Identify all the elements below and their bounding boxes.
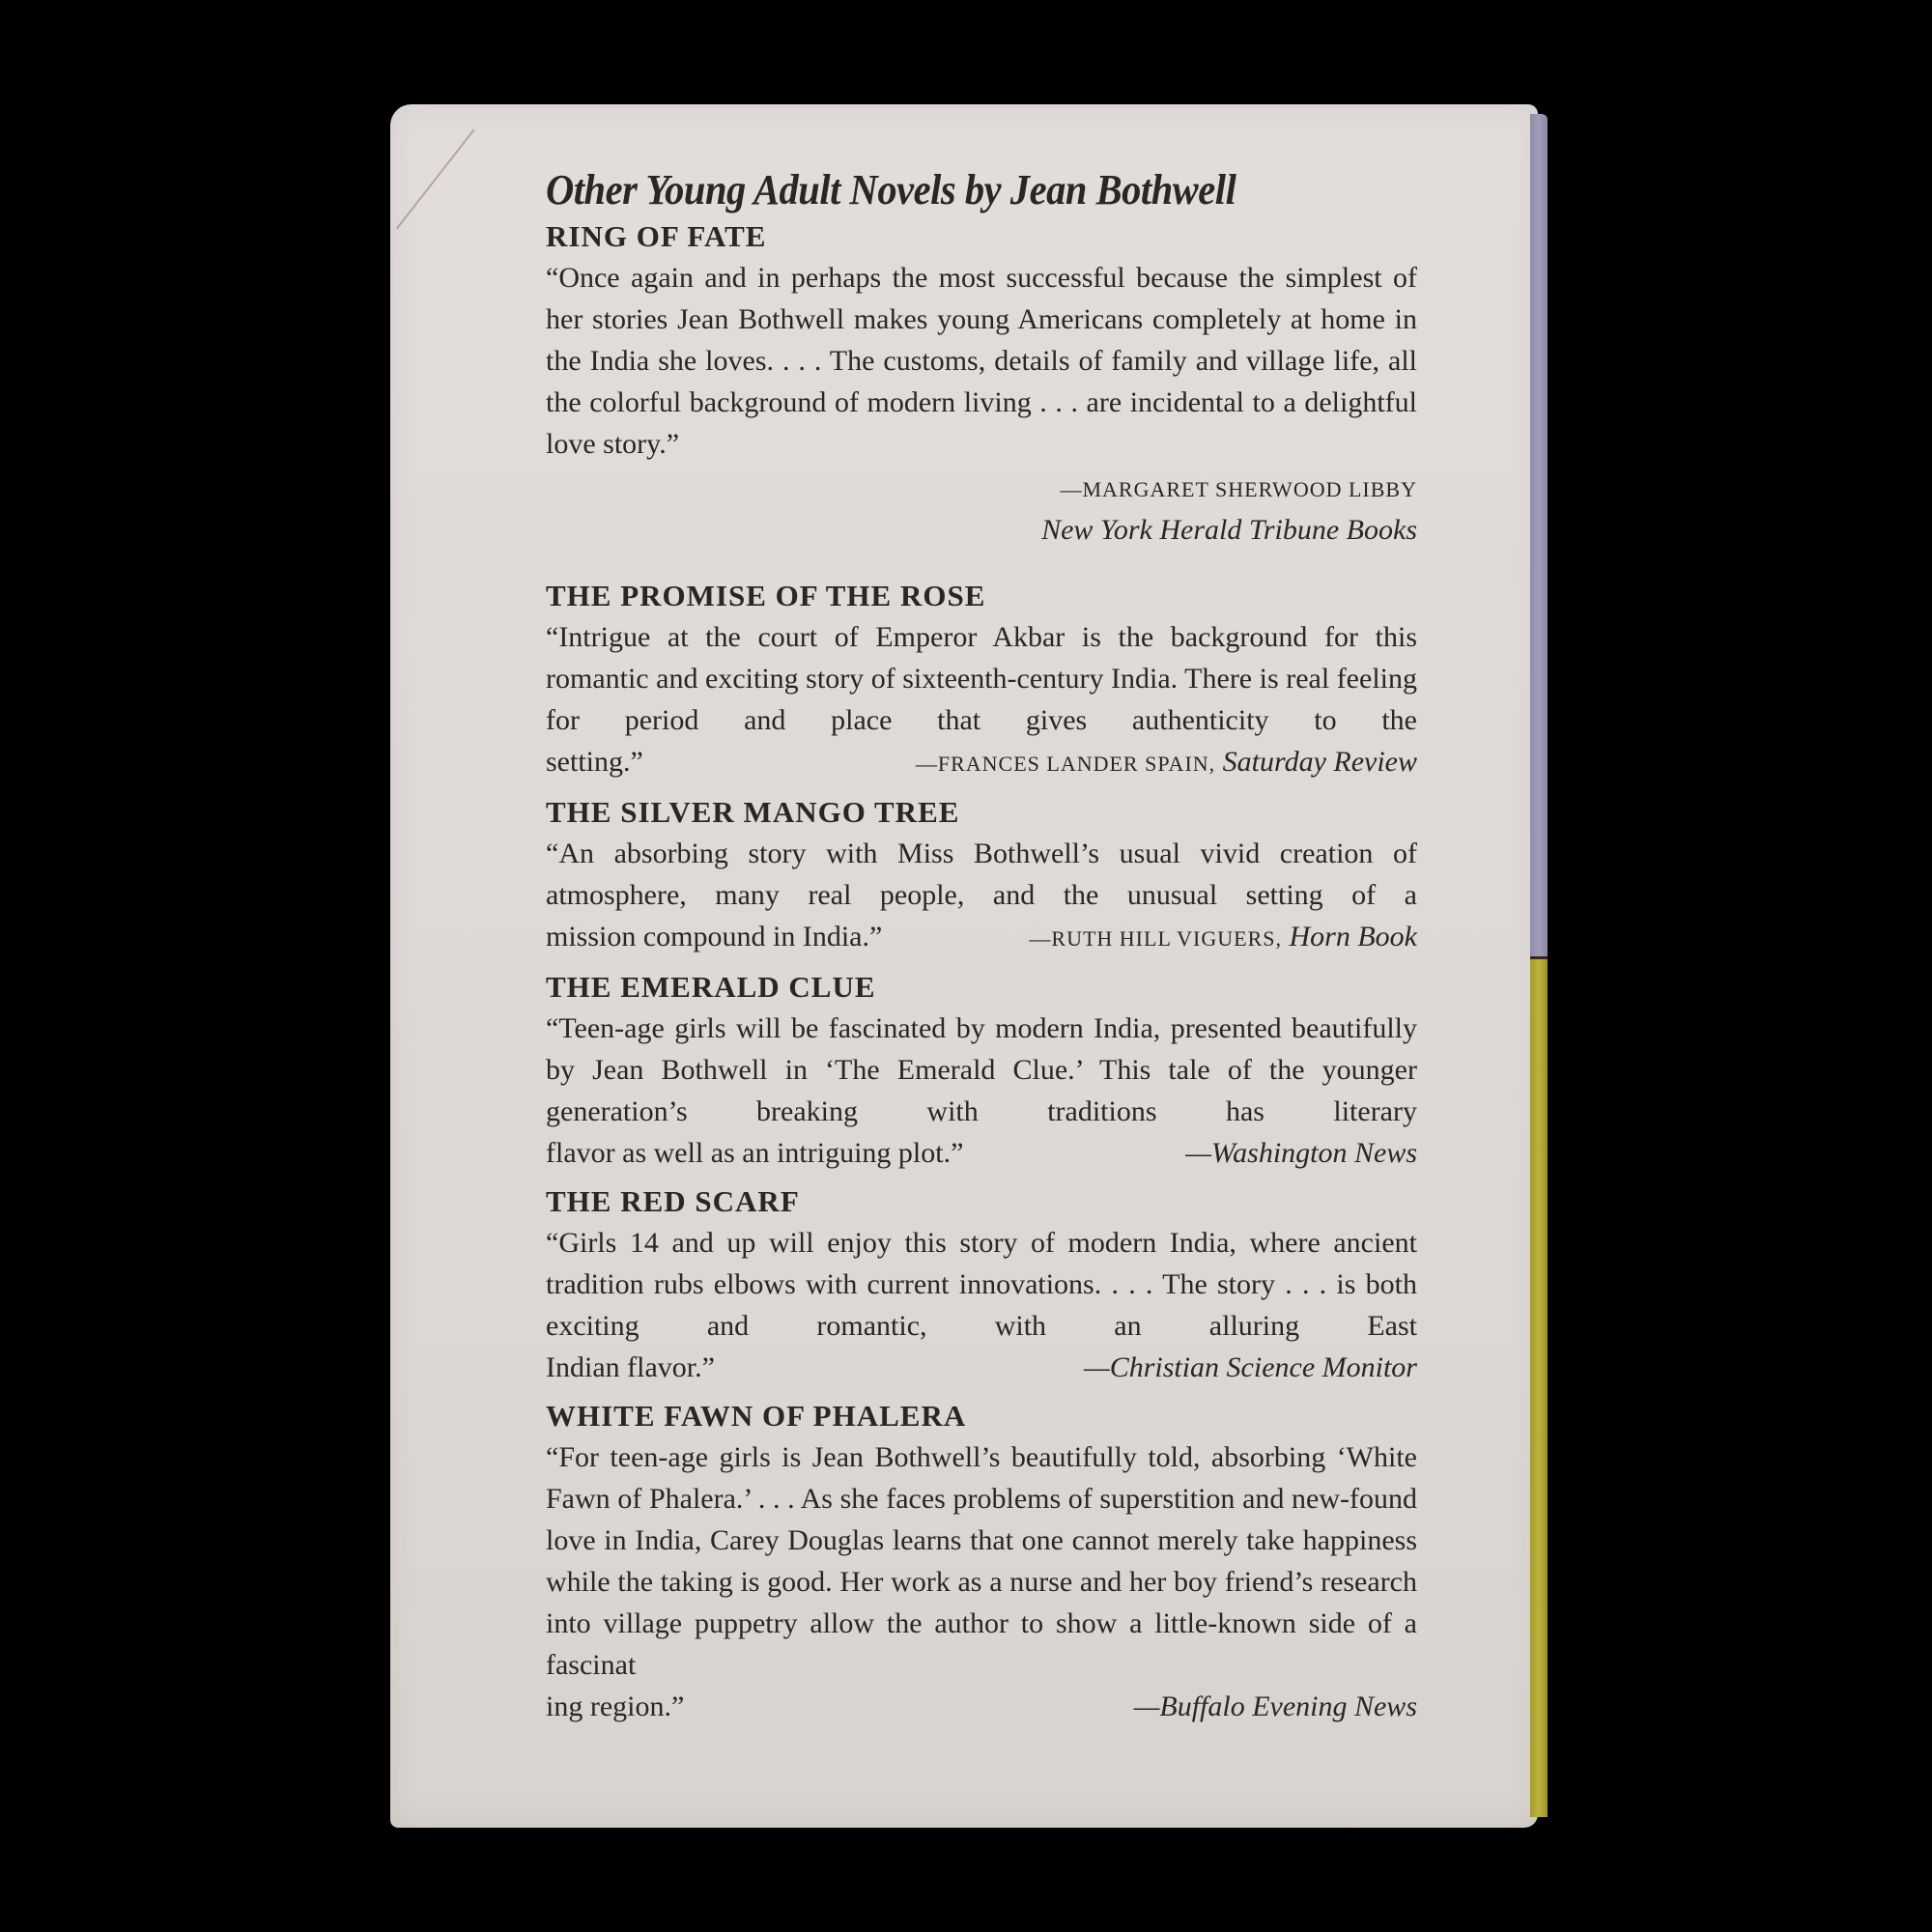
review-quote-tail: mission compound in India.” — [546, 916, 882, 957]
review-quote-tail: setting.” — [546, 741, 643, 782]
page-title: Other Young Adult Novels by Jean Bothwel… — [546, 164, 1348, 216]
review-quote-tail: Indian flavor.” — [546, 1347, 715, 1388]
review-quote-tail: ing region.” — [546, 1686, 684, 1727]
review-closing-line: ing region.” —Buffalo Evening News — [546, 1686, 1417, 1727]
book-entry-silver-mango-tree: THE SILVER MANGO TREE “An absorbing stor… — [546, 792, 1417, 959]
publication-name: —Buffalo Evening News — [1134, 1686, 1417, 1727]
review-closing-line: mission compound in India.” —RUTH HILL V… — [546, 916, 1417, 959]
review-closing-line: flavor as well as an intriguing plot.” —… — [546, 1132, 1417, 1174]
review-quote: “Once again and in perhaps the most succ… — [546, 257, 1417, 465]
photo-background: Other Young Adult Novels by Jean Bothwel… — [0, 0, 1932, 1932]
book-title: THE SILVER MANGO TREE — [546, 792, 1417, 833]
reviewer-name: —FRANCES LANDER SPAIN, — [916, 752, 1215, 776]
publication-name: Horn Book — [1290, 921, 1417, 952]
publication-name: —Washington News — [1185, 1132, 1417, 1174]
book-entry-emerald-clue: THE EMERALD CLUE “Teen-age girls will be… — [546, 967, 1417, 1174]
review-quote: “Girls 14 and up will enjoy this story o… — [546, 1222, 1417, 1347]
review-attribution: —FRANCES LANDER SPAIN, Saturday Review — [916, 741, 1417, 784]
book-entry-white-fawn-of-phalera: WHITE FAWN OF PHALERA “For teen-age girl… — [546, 1396, 1417, 1727]
reviewer-name: —MARGARET SHERWOOD LIBBY — [546, 470, 1417, 509]
review-closing-line: setting.” —FRANCES LANDER SPAIN, Saturda… — [546, 741, 1417, 784]
book-title: THE EMERALD CLUE — [546, 967, 1417, 1008]
book-entry-promise-of-the-rose: THE PROMISE OF THE ROSE “Intrigue at the… — [546, 576, 1417, 784]
review-quote: “Teen-age girls will be fascinated by mo… — [546, 1008, 1417, 1132]
book-entry-red-scarf: THE RED SCARF “Girls 14 and up will enjo… — [546, 1181, 1417, 1388]
publication-name: —Christian Science Monitor — [1084, 1347, 1417, 1388]
review-quote: “An absorbing story with Miss Bothwell’s… — [546, 833, 1417, 916]
book-title: THE PROMISE OF THE ROSE — [546, 576, 1417, 616]
review-closing-line: Indian flavor.” —Christian Science Monit… — [546, 1347, 1417, 1388]
book-title: RING OF FATE — [546, 216, 1417, 257]
publication-name: Saturday Review — [1223, 746, 1417, 778]
cover-text-column: Other Young Adult Novels by Jean Bothwel… — [546, 164, 1417, 1727]
review-quote: “For teen-age girls is Jean Bothwell’s b… — [546, 1436, 1417, 1686]
publication-name: New York Herald Tribune Books — [546, 509, 1417, 551]
book-entry-ring-of-fate: RING OF FATE “Once again and in perhaps … — [546, 216, 1417, 551]
review-attribution: —MARGARET SHERWOOD LIBBY New York Herald… — [546, 470, 1417, 551]
review-quote: “Intrigue at the court of Emperor Akbar … — [546, 616, 1417, 741]
review-quote-tail: flavor as well as an intriguing plot.” — [546, 1132, 963, 1174]
spine-edge-olive — [1530, 956, 1548, 1817]
reviewer-name: —RUTH HILL VIGUERS, — [1029, 926, 1282, 951]
review-attribution: —RUTH HILL VIGUERS, Horn Book — [1029, 916, 1417, 959]
book-title: THE RED SCARF — [546, 1181, 1417, 1222]
spine-edge-lavender — [1530, 114, 1548, 956]
book-title: WHITE FAWN OF PHALERA — [546, 1396, 1417, 1436]
